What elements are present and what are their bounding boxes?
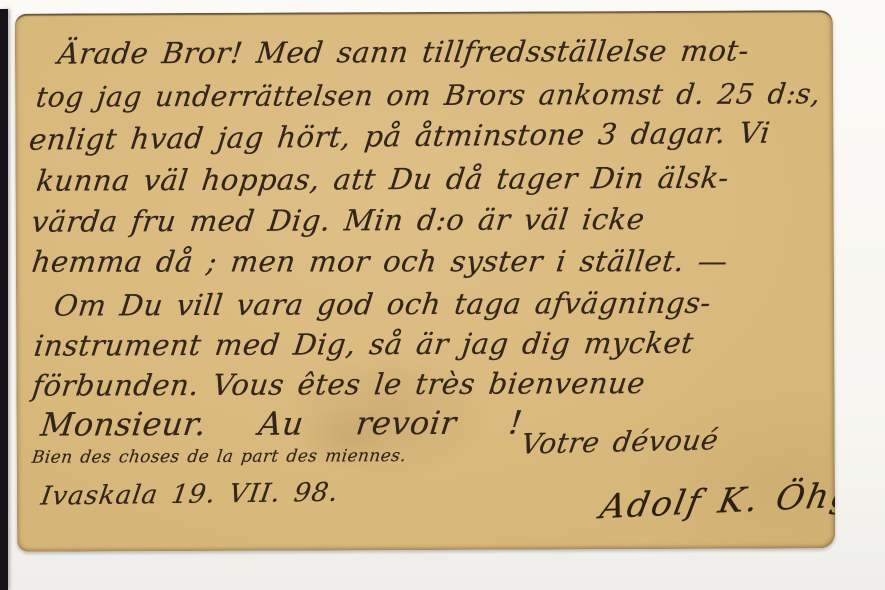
place-date: Ivaskala 19. VII. 98. xyxy=(39,478,341,512)
valediction: Votre dévoué xyxy=(519,423,721,460)
postscript-line: Bien des choses de la part des miennes. xyxy=(31,446,407,468)
manuscript-line-2: tog jag underrättelsen om Brors ankomst … xyxy=(34,77,822,113)
manuscript-line-4: kunna väl hoppas, att Du då tager Din äl… xyxy=(35,161,731,198)
scan-edge-strip xyxy=(0,9,8,590)
manuscript-line-7: Om Du vill vara god och taga afvägnings- xyxy=(52,286,713,323)
manuscript-line-5: värda fru med Dig. Min d:o är väl icke xyxy=(30,202,647,239)
manuscript-line-3: enligt hvad jag hört, på åtminstone 3 da… xyxy=(27,116,772,157)
manuscript-line-8: instrument med Dig, så är jag dig mycket xyxy=(32,326,695,363)
signature: Adolf K. Öhg. xyxy=(597,475,835,528)
manuscript-line-9: förbunden. Vous êtes le très bienvenue xyxy=(31,366,648,403)
manuscript-line-10: Monsieur. Au revoir ! xyxy=(39,404,525,444)
manuscript-line-6: hemma då ; men mor och syster i stället.… xyxy=(30,244,730,279)
manuscript-line-1: Ärade Bror! Med sann tillfredsställelse … xyxy=(56,34,751,71)
scanner-background: Ärade Bror! Med sann tillfredsställelse … xyxy=(0,0,885,590)
postcard: Ärade Bror! Med sann tillfredsställelse … xyxy=(15,10,835,552)
